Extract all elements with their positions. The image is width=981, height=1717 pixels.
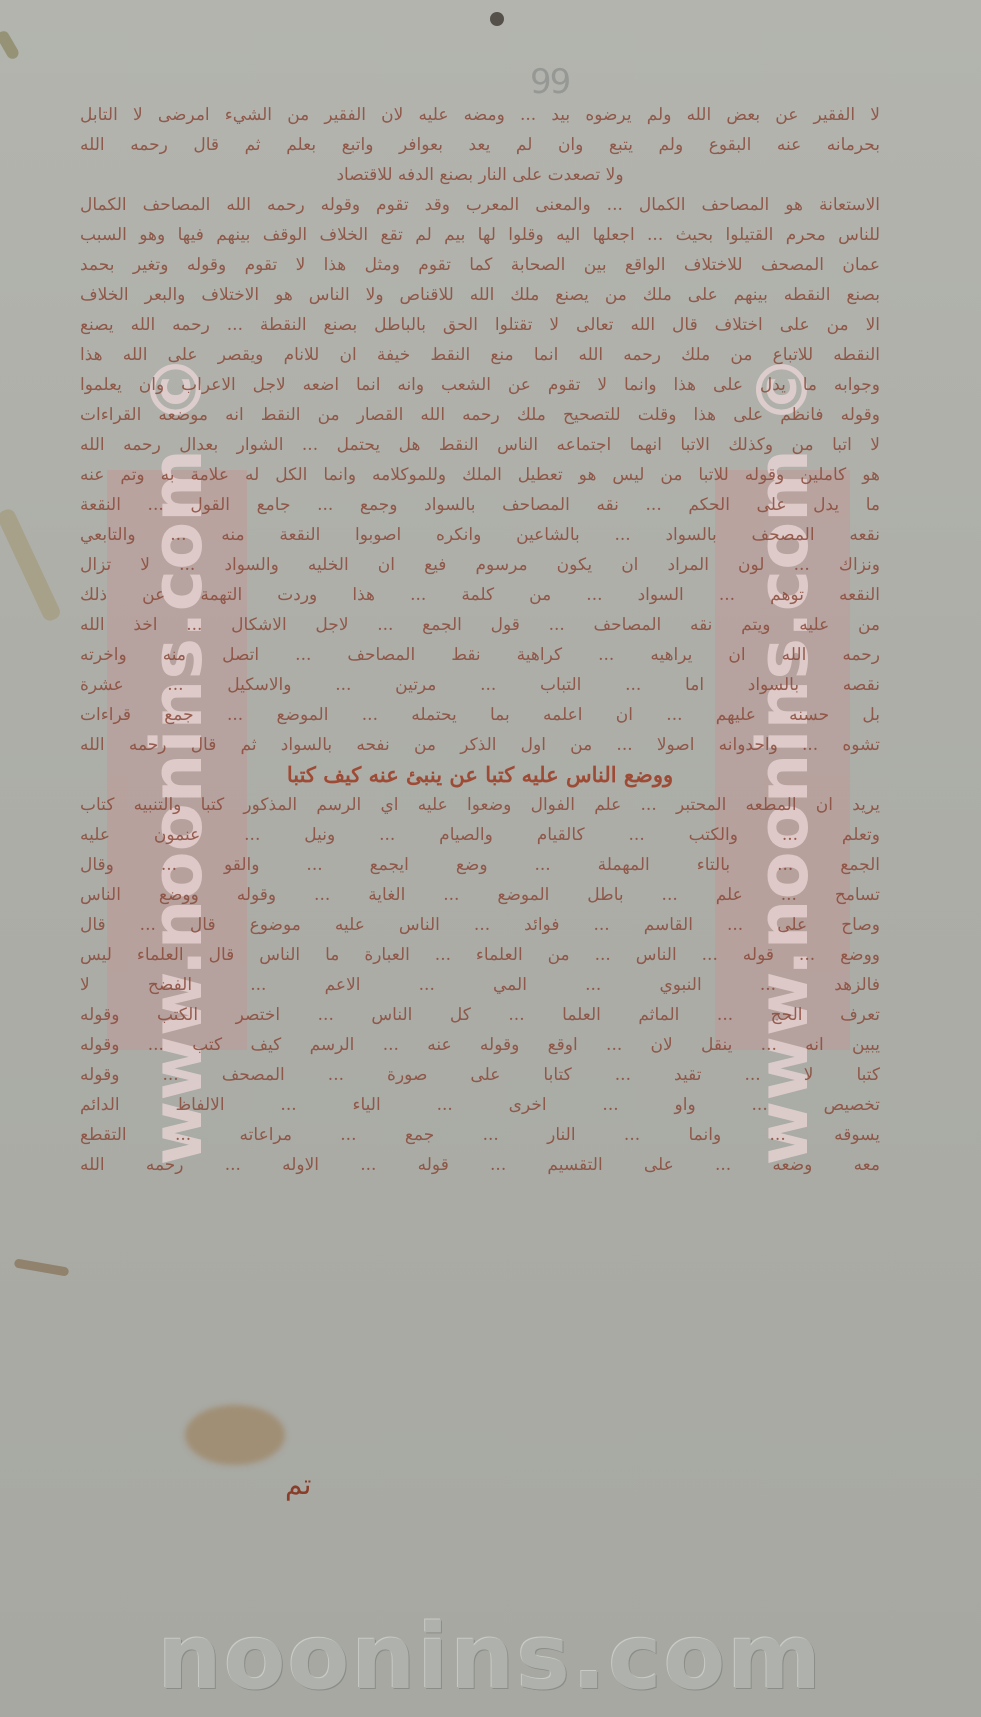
text-line: ما يدل على الحكم ... نقه المصاحف بالسواد… [80,490,880,520]
text-line: تخصيص ... واو ... اخرى ... الياء ... الا… [80,1090,880,1120]
text-line: لا الفقير عن بعض الله ولم يرضوه بيد ... … [80,100,880,130]
watermark-bottom: noonins.com [0,1605,981,1710]
text-line: نقصه بالسواد اما ... التباب ... مرتين ..… [80,670,880,700]
manuscript-page: 99 www.noonins.com © www.noonins.com © ل… [0,0,981,1717]
ribbon-stain-left [0,507,63,623]
text-line: وقوله فانظم على هذا وقلت للتصحيح ملك رحم… [80,400,880,430]
ribbon-stain-bottom-left [14,1258,70,1276]
text-line: من عليه ويتم نقه المصاحف ... قول الجمع .… [80,610,880,640]
text-line: بحرمانه عنه البقوع ولم يتبع وان لم يعد ب… [80,130,880,160]
text-line: وجوابه ما يدل على هذا وانما لا تقوم عن ا… [80,370,880,400]
text-line: معه وضعه ... على التقسيم ... قوله ... ال… [80,1150,880,1180]
text-line: بصنع النقطه بينهم على ملك من يصنع ملك ال… [80,280,880,310]
text-line: تعرف الحج ... الماثم العلما ... كل الناس… [80,1000,880,1030]
text-line: فالزهد ... النبوي ... المي ... الاعم ...… [80,970,880,1000]
text-line: يبين انه ... ينقل لان ... اوقع وقوله عنه… [80,1030,880,1060]
text-line: الجمع ... بالتاء المهملة ... وضع ايجمع .… [80,850,880,880]
text-line: يسوقه ... وانما ... النار ... جمع ... مر… [80,1120,880,1150]
section-heading: ووضع الناس عليه كتبا عن ينبئ عنه كيف كتب… [80,760,880,790]
text-line: عمان المصحف للاختلاف الواقع بين الصحابة … [80,250,880,280]
text-line: لا اتبا من وكذلك الاتبا انهما اجتماعه ال… [80,430,880,460]
text-line: وصاح على ... القاسم ... فوائد ... الناس … [80,910,880,940]
text-line: النقعه توهم ... السواد ... من كلمة ... ه… [80,580,880,610]
text-line: يريد ان المطعه المحتبر ... علم الفوال وض… [80,790,880,820]
text-line: ووضع ... قوله ... الناس ... من العلماء .… [80,940,880,970]
text-line: تشوه ... واحدوانه اصولا ... من اول الذكر… [80,730,880,760]
text-line: النقطه للاتباع من ملك رحمه الله انما منع… [80,340,880,370]
binding-hole [490,12,504,26]
text-line: للناس محرم القتيلوا بحيث ... اجعلها اليه… [80,220,880,250]
manuscript-text-block: لا الفقير عن بعض الله ولم يرضوه بيد ... … [80,100,880,1180]
end-mark: تم [285,1468,311,1501]
text-line: وتعلم ... والكتب ... كالقيام والصيام ...… [80,820,880,850]
folio-number: 99 [530,62,569,102]
text-line: بل حسنه عليهم ... ان اعلمه بما يحتمله ..… [80,700,880,730]
text-line: الاستعانة هو المصاحف الكمال ... والمعنى … [80,190,880,220]
text-line: كتبا لا ... تقيد ... كتابا على صورة ... … [80,1060,880,1090]
text-line: ولا تصعدت على النار بصنع الدفه للاقتصاد [80,160,880,190]
text-line: تسامح ... علم ... باطل الموضع ... الغاية… [80,880,880,910]
text-line: هو كاملين وقوله للاتبا من ليس هو تعطيل ا… [80,460,880,490]
text-line: نقعه المصحف بالسواد ... بالشاعين وانكره … [80,520,880,550]
text-line: الا من على اختلاف قال الله تعالى لا تقتل… [80,310,880,340]
text-line: ونزاك ... لون المراد ان يكون مرسوم فيع ا… [80,550,880,580]
ribbon-stain-top-left [0,29,21,61]
water-stain [185,1405,285,1465]
text-line: رحمه الله ان يراهيه ... كراهية نقط المصا… [80,640,880,670]
